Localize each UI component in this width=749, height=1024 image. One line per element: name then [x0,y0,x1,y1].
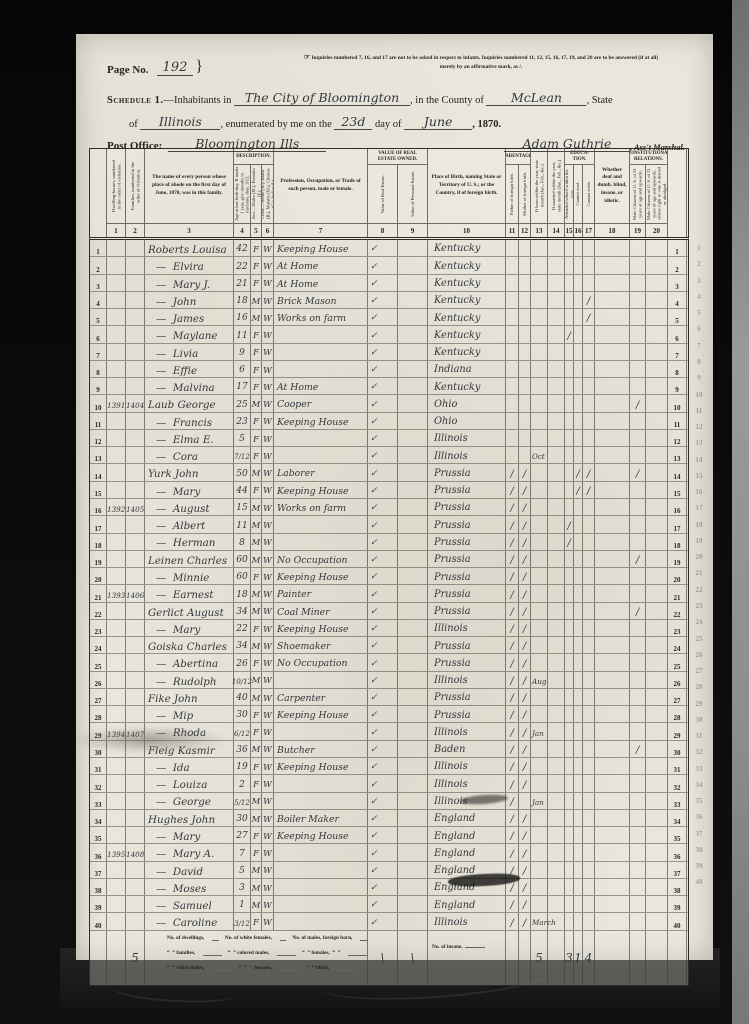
vote-denied-mark [646,741,668,757]
check-mark: ✓ [368,862,398,878]
row-number-right: 18 [668,534,687,550]
person-name: — Mary [145,482,234,498]
cannot-read-mark [574,637,583,653]
age: 6 [234,361,251,377]
attended-school-mark [565,827,574,843]
marriage-month [548,844,565,860]
birth-month [531,551,548,567]
footer-tally: 3 [565,931,573,985]
father-foreign-mark: / [506,775,519,791]
personal-estate [398,637,428,653]
cannot-read-mark [574,309,583,325]
cannot-write-mark [583,585,595,601]
dwelling-number [107,447,126,463]
cannot-read-mark [574,516,583,532]
mother-foreign-mark: / [519,499,531,515]
sex: M [251,534,262,550]
dwelling-number [107,378,126,394]
deaf-dumb-blind [595,706,630,722]
color: W [262,568,274,584]
dwelling-number [107,464,126,480]
mother-foreign-mark: / [519,758,531,774]
male-citizen-mark [630,793,646,809]
cannot-read-mark [574,620,583,636]
family-number: 1406 [126,585,145,601]
occupation [274,672,368,688]
deaf-dumb-blind [595,378,630,394]
mother-foreign-mark: / [519,603,531,619]
color: W [262,275,274,291]
occupation [274,844,368,860]
column-number-7: 7 [274,223,368,237]
occupation [274,447,368,463]
deaf-dumb-blind [595,395,630,411]
cannot-write-mark [583,793,595,809]
blank-line [337,965,357,971]
mother-foreign-mark [519,793,531,809]
blank-line [277,950,296,956]
father-foreign-mark: / [506,482,519,498]
sex: M [251,499,262,515]
column-number-19: 19 [630,223,646,237]
mother-foreign-mark [519,257,531,273]
male-citizen-mark [630,879,646,895]
dwelling-number [107,793,126,809]
age: 9 [234,344,251,360]
footer-col12 [519,931,531,985]
father-foreign-mark: / [506,913,519,929]
infants-note: ☞ Inquiries numbered 7, 16, and 17 are n… [261,52,701,71]
cannot-write-mark [583,758,595,774]
ghost-number: 21 [690,565,708,581]
row-number-right: 23 [668,620,687,636]
color: W [262,395,274,411]
vote-denied-mark [646,654,668,670]
color: W [262,240,274,256]
row-number-left: 1 [90,240,107,256]
family-number [126,257,145,273]
ghost-number: 4 [690,289,708,305]
column-number-10: 10 [428,223,506,237]
ghost-number: 19 [690,533,708,549]
family-number [126,430,145,446]
occupation: At Home [274,378,368,394]
sex: M [251,585,262,601]
mother-foreign-mark: / [519,637,531,653]
vote-denied-mark [646,257,668,273]
occupation: Shoemaker [274,637,368,653]
row-number-left: 38 [90,879,107,895]
age: 22 [234,257,251,273]
personal-estate [398,620,428,636]
ghost-number: 17 [690,500,708,516]
check-mark: ✓ [368,603,398,619]
family-number [126,344,145,360]
birthplace: Kentucky [428,378,506,394]
birth-month [531,464,548,480]
marriage-month [548,654,565,670]
color: W [262,447,274,463]
color: W [262,430,274,446]
personal-estate [398,775,428,791]
ghost-number: 9 [690,370,708,386]
ghost-number: 7 [690,338,708,354]
cannot-write-mark [583,275,595,291]
check-mark: ✓ [368,620,398,636]
footer-col14 [548,931,565,985]
family-number: 1405 [126,499,145,515]
column-number-13: 13 [531,223,548,237]
sex: M [251,637,262,653]
person-name: — Rudolph [145,672,234,688]
color: W [262,378,274,394]
birthplace: England [428,810,506,826]
person-name: — August [145,499,234,515]
sex: F [251,326,262,342]
footer-col20 [646,931,668,985]
age: 17 [234,378,251,394]
occupation: Keeping House [274,620,368,636]
of-label: of [129,119,140,130]
cannot-read-mark [574,896,583,912]
sex: F [251,378,262,394]
occupation: No Occupation [274,551,368,567]
check-mark: ✓ [368,741,398,757]
marriage-month [548,758,565,774]
occupation: Keeping House [274,568,368,584]
occupation: Keeping House [274,706,368,722]
sex: M [251,810,262,826]
birth-month: Jan [531,723,548,739]
deaf-dumb-blind [595,430,630,446]
color: W [262,862,274,878]
family-number: 1408 [126,844,145,860]
tally-slash: \ [398,931,427,985]
marriage-month [548,275,565,291]
mother-foreign-mark: / [519,879,531,895]
age: 7 [234,844,251,860]
cannot-write-mark [583,827,595,843]
row-number-right: 9 [668,378,687,394]
column-label: Value of Personal Estate. [410,171,415,217]
person-name: Gerlict August [145,603,234,619]
birthplace: Illinois [428,723,506,739]
occupation: Keeping House [274,240,368,256]
color: W [262,551,274,567]
column-label: Cannot write. [586,181,591,206]
personal-estate [398,464,428,480]
attended-school-mark: / [565,326,574,342]
ghost-number: 14 [690,451,708,467]
attended-school-mark [565,741,574,757]
father-foreign-mark: / [506,810,519,826]
check-mark: ✓ [368,516,398,532]
column-label: Father of foreign birth. [509,173,514,215]
dwelling-number [107,862,126,878]
age: 15 [234,499,251,515]
marriage-month [548,447,565,463]
birthplace: Kentucky [428,240,506,256]
vote-denied-mark [646,361,668,377]
city-handwritten: The City of Bloomington [234,92,410,106]
column-label: Cannot read. [575,182,580,205]
father-foreign-mark [506,275,519,291]
row-number-right: 36 [668,844,687,860]
birthplace: England [428,896,506,912]
deaf-dumb-blind [595,862,630,878]
row-number-left: 24 [90,637,107,653]
column-label: Families, numbered in the order of visit… [130,158,141,214]
age: 8 [234,534,251,550]
row-number-right: 10 [668,395,687,411]
age: 42 [234,240,251,256]
father-foreign-mark: / [506,637,519,653]
marriage-month [548,413,565,429]
attended-school-mark [565,447,574,463]
person-name: — Mary [145,620,234,636]
marriage-month [548,603,565,619]
personal-estate [398,654,428,670]
birthplace: England [428,862,506,878]
occupation: Keeping House [274,482,368,498]
marriage-month [548,292,565,308]
cannot-write-mark [583,257,595,273]
column-number-9: 9 [398,223,428,237]
mother-foreign-mark: / [519,482,531,498]
check-mark: ✓ [368,913,398,929]
father-foreign-mark [506,240,519,256]
male-citizen-mark [630,568,646,584]
table-row: 18— Herman8MW✓Prussia///18 [90,534,688,551]
age: 5 [234,430,251,446]
deaf-dumb-blind [595,447,630,463]
column-header-10: Place of Birth, naming State or Territor… [428,149,506,223]
vote-denied-mark [646,810,668,826]
occupation: Keeping House [274,413,368,429]
cannot-write-mark [583,913,595,929]
check-mark: ✓ [368,292,398,308]
person-name: — Francis [145,413,234,429]
marriage-month [548,482,565,498]
male-citizen-mark [630,516,646,532]
census-page: ☞ Inquiries numbered 7, 16, and 17 are n… [76,34,713,960]
column-label: Profession, Occupation, or Trade of each… [276,178,365,193]
footer-summary-line: No. of dwellings,No. of white females,No… [167,935,367,950]
sex: F [251,620,262,636]
footer-col13: 5 [531,931,548,985]
person-name: — Caroline [145,913,234,929]
attended-school-mark [565,464,574,480]
father-foreign-mark: / [506,464,519,480]
cannot-read-mark [574,603,583,619]
marriage-month [548,430,565,446]
check-mark: ✓ [368,654,398,670]
sex: F [251,723,262,739]
attended-school-mark [565,551,574,567]
marriage-month [548,827,565,843]
father-foreign-mark: / [506,793,519,809]
person-name: Fleig Kasmir [145,741,234,757]
personal-estate [398,551,428,567]
sex: M [251,879,262,895]
birthplace: Prussia [428,689,506,705]
birthplace: Illinois [428,672,506,688]
sex: F [251,413,262,429]
mother-foreign-mark: / [519,775,531,791]
color: W [262,292,274,308]
age: 60 [234,551,251,567]
birth-month [531,879,548,895]
blank-line [212,965,232,971]
tally-slash: \ [368,931,397,985]
ghost-number: 5 [690,305,708,321]
cannot-read-mark [574,775,583,791]
ghost-number: 22 [690,582,708,598]
deaf-dumb-blind [595,827,630,843]
mother-foreign-mark: / [519,896,531,912]
dwelling-number [107,413,126,429]
cannot-write-mark [583,568,595,584]
sex: F [251,706,262,722]
column-number-4: 4 [234,223,251,237]
birthplace: Illinois [428,793,506,809]
cannot-read-mark [574,447,583,463]
attended-school-mark [565,413,574,429]
check-mark: ✓ [368,793,398,809]
marriage-month [548,706,565,722]
dwelling-number: 1391 [107,395,126,411]
schedule-label: Schedule 1. [107,95,163,106]
dwelling-number [107,913,126,929]
person-name: Laub George [145,395,234,411]
personal-estate [398,275,428,291]
cannot-write-mark [583,430,595,446]
column-number-8: 8 [368,223,398,237]
check-mark: ✓ [368,482,398,498]
blank-line [212,935,219,941]
birth-month [531,413,548,429]
deaf-dumb-blind [595,361,630,377]
attended-school-mark [565,430,574,446]
vote-denied-mark [646,413,668,429]
footer-summary-text: No. of dwellings,No. of white females,No… [145,931,368,985]
dwelling-number [107,654,126,670]
color: W [262,603,274,619]
birth-month [531,344,548,360]
marriage-month [548,672,565,688]
birth-month [531,275,548,291]
check-mark: ✓ [368,447,398,463]
occupation: Boiler Maker [274,810,368,826]
occupation: At Home [274,275,368,291]
sex: F [251,758,262,774]
dwelling-number [107,551,126,567]
personal-estate [398,292,428,308]
person-name: Fike John [145,689,234,705]
cannot-write-mark [583,637,595,653]
age: 7/12 [234,447,251,463]
age: 18 [234,292,251,308]
person-name: Yurk John [145,464,234,480]
marshal-signature: Adam Guthrie [504,138,630,152]
cannot-read-mark [574,499,583,515]
column-header-19: Male Citizens of U. S. of 21 years of ag… [630,165,646,223]
male-citizen-mark [630,275,646,291]
age: 3/12 [234,913,251,929]
attended-school-mark [565,758,574,774]
in-county-label: , in the County of [410,95,486,106]
male-citizen-mark [630,240,646,256]
attended-school-mark [565,240,574,256]
ghost-number: 27 [690,663,708,679]
male-citizen-mark: / [630,741,646,757]
birthplace: Prussia [428,568,506,584]
male-citizen-mark [630,758,646,774]
row-number-left: 40 [90,913,107,929]
personal-estate [398,585,428,601]
father-foreign-mark [506,395,519,411]
sex: F [251,482,262,498]
ghost-number: 33 [690,761,708,777]
personal-estate [398,568,428,584]
footer-margin-left [90,931,107,985]
cannot-read-mark [574,741,583,757]
attended-school-mark [565,637,574,653]
marriage-month [548,913,565,929]
check-mark: ✓ [368,585,398,601]
occupation [274,862,368,878]
family-number [126,275,145,291]
table-row: 3— Mary J.21FWAt Home✓Kentucky3 [90,275,688,292]
check-mark: ✓ [368,309,398,325]
sex: M [251,793,262,809]
male-citizen-mark [630,706,646,722]
cannot-write-mark: / [583,482,595,498]
ghost-number: 36 [690,809,708,825]
attended-school-mark [565,275,574,291]
family-number [126,603,145,619]
occupation: Works on farm [274,309,368,325]
father-foreign-mark [506,326,519,342]
sex: F [251,275,262,291]
row-number-right: 26 [668,672,687,688]
birthplace: Kentucky [428,275,506,291]
row-number-left: 26 [90,672,107,688]
row-number-right: 25 [668,654,687,670]
personal-estate [398,499,428,515]
marriage-month [548,793,565,809]
mother-foreign-mark [519,275,531,291]
column-label: Mother of foreign birth. [522,172,527,216]
table-row: 17— Albert11MW✓Prussia///17 [90,516,688,533]
table-row: 9— Malvina17FWAt Home✓Kentucky9 [90,378,688,395]
personal-estate [398,896,428,912]
color: W [262,706,274,722]
attended-school-mark: / [565,534,574,550]
marriage-month [548,775,565,791]
vote-denied-mark [646,430,668,446]
cannot-write-mark [583,534,595,550]
corner-left [90,149,107,237]
occupation: Butcher [274,741,368,757]
cannot-write-mark [583,862,595,878]
cannot-write-mark [583,516,595,532]
post-office-handwritten: Bloomington Ills [168,138,326,152]
color: W [262,793,274,809]
vote-denied-mark [646,879,668,895]
column-label: Dwelling-houses, numbered in the order o… [111,158,122,214]
male-citizen-mark [630,257,646,273]
